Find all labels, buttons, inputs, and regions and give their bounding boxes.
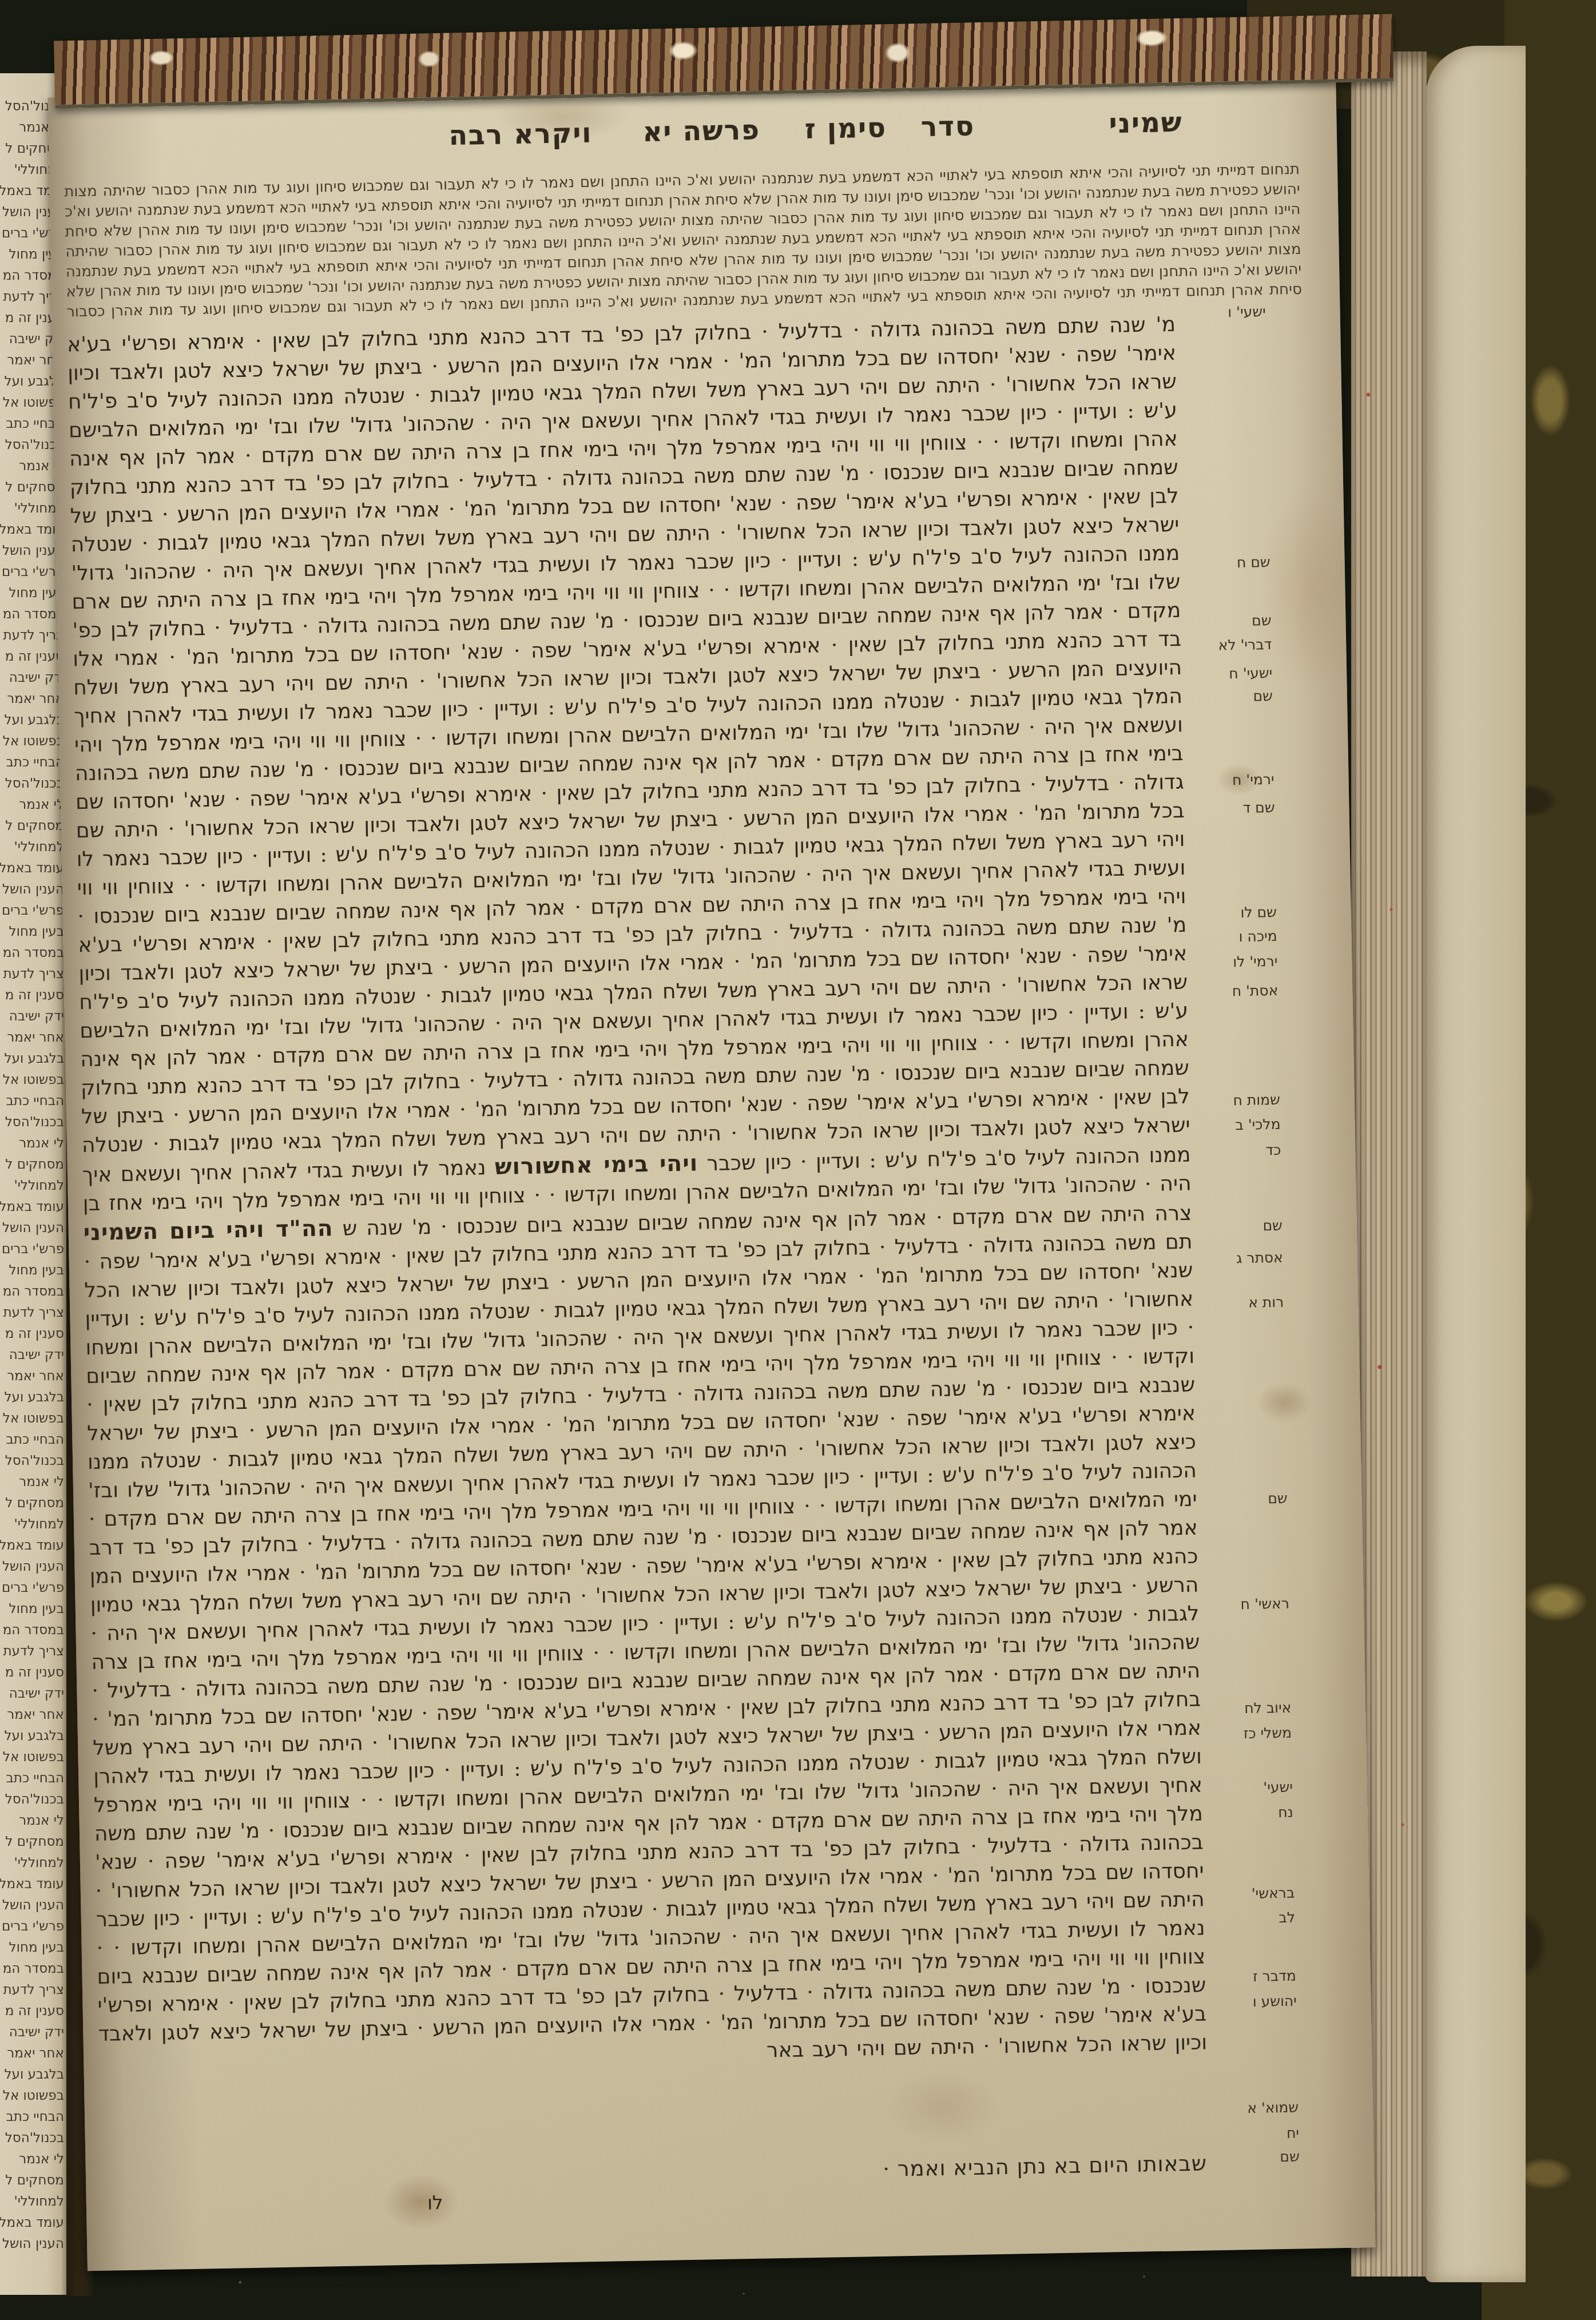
margin-citation: אסתר ג [1197, 1250, 1283, 1267]
margin-citation: יח [1213, 2126, 1299, 2142]
margin-citation: מלכי' ב [1194, 1117, 1280, 1134]
margin-citation: שם [1187, 689, 1273, 705]
margin-citation: שם [1213, 2149, 1299, 2166]
margin-citation: יהושע ו [1211, 1994, 1297, 2011]
margin-citation: ירמי' ח [1188, 772, 1274, 789]
margin-citation: דברי' לא [1186, 637, 1272, 654]
margin-citation: איוב לח [1205, 1701, 1291, 1717]
margin-citation: שם לו [1191, 905, 1277, 921]
margin-citation: לב [1209, 1910, 1295, 1927]
margin-citation: שמוא' א [1213, 2100, 1299, 2116]
margin-citations-column: ישעי' ושם חשםדברי' לאישעי' חשםירמי' חשם … [47, 74, 1375, 2271]
margin-citation: ישעי' ו [1180, 304, 1265, 321]
endpaper-leaf-edge [1426, 46, 1526, 2282]
margin-citation: בראשי' [1209, 1886, 1295, 1902]
margin-citation: משלי כז [1206, 1726, 1292, 1742]
margin-citation: נח [1207, 1805, 1293, 1822]
margin-citation: ראשי' ח [1204, 1596, 1289, 1613]
margin-citation: שם ח [1184, 555, 1270, 571]
margin-citation: ישעי' [1207, 1780, 1293, 1797]
margin-citation: אסת' ח [1192, 983, 1278, 1000]
margin-citation: שם ד [1189, 800, 1275, 817]
margin-citation: כד [1195, 1143, 1281, 1159]
main-book-page: ויקרא רבה פרשה יא סימן ז סדר שמיני תנחום… [47, 74, 1375, 2271]
margin-citation: שם [1197, 1218, 1283, 1235]
margin-citation: רות א [1198, 1295, 1284, 1312]
photo-of-open-book: { "book": { "header": { "title": "ויקרא … [0, 0, 1596, 2320]
margin-citation: שמות ח [1194, 1093, 1280, 1109]
margin-citation: שם [1201, 1491, 1287, 1508]
margin-citation: ישעי' ח [1186, 666, 1272, 682]
margin-citation: ירמי' לו [1192, 954, 1277, 971]
margin-citation: מיכה ו [1191, 929, 1277, 946]
margin-citation: מדבר ז [1210, 1969, 1296, 1985]
margin-citation: שם [1185, 613, 1271, 630]
